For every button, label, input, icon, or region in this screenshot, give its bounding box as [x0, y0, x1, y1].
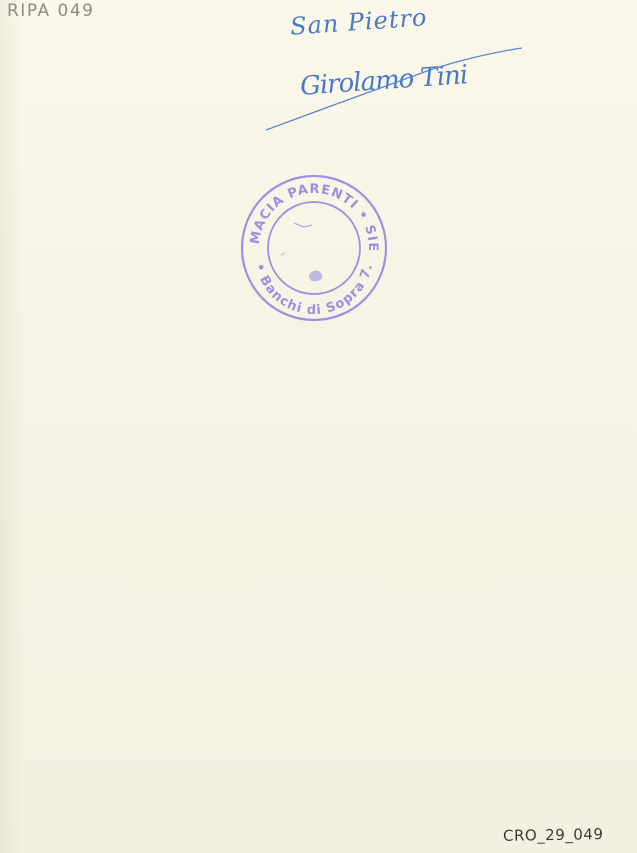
- signature-stroke-icon: [260, 0, 540, 140]
- svg-text:• Banchi di Sopra 7.: • Banchi di Sopra 7.: [252, 262, 377, 318]
- archive-code-label: RIPA 049: [7, 1, 94, 21]
- pharmacy-stamp: FARMACIA PARENTI • SIENA • Banchi di Sop…: [239, 173, 389, 323]
- photo-verso-page: RIPA 049 San Pietro Girolamo Tini FARMAC…: [0, 0, 637, 853]
- catalog-code-label: CRO_29_049: [503, 825, 604, 845]
- stamp-seal-icon: FARMACIA PARENTI • SIENA • Banchi di Sop…: [239, 173, 389, 323]
- handwritten-inscription: San Pietro Girolamo Tini: [260, 0, 540, 140]
- paper-edge-shade: [0, 0, 22, 853]
